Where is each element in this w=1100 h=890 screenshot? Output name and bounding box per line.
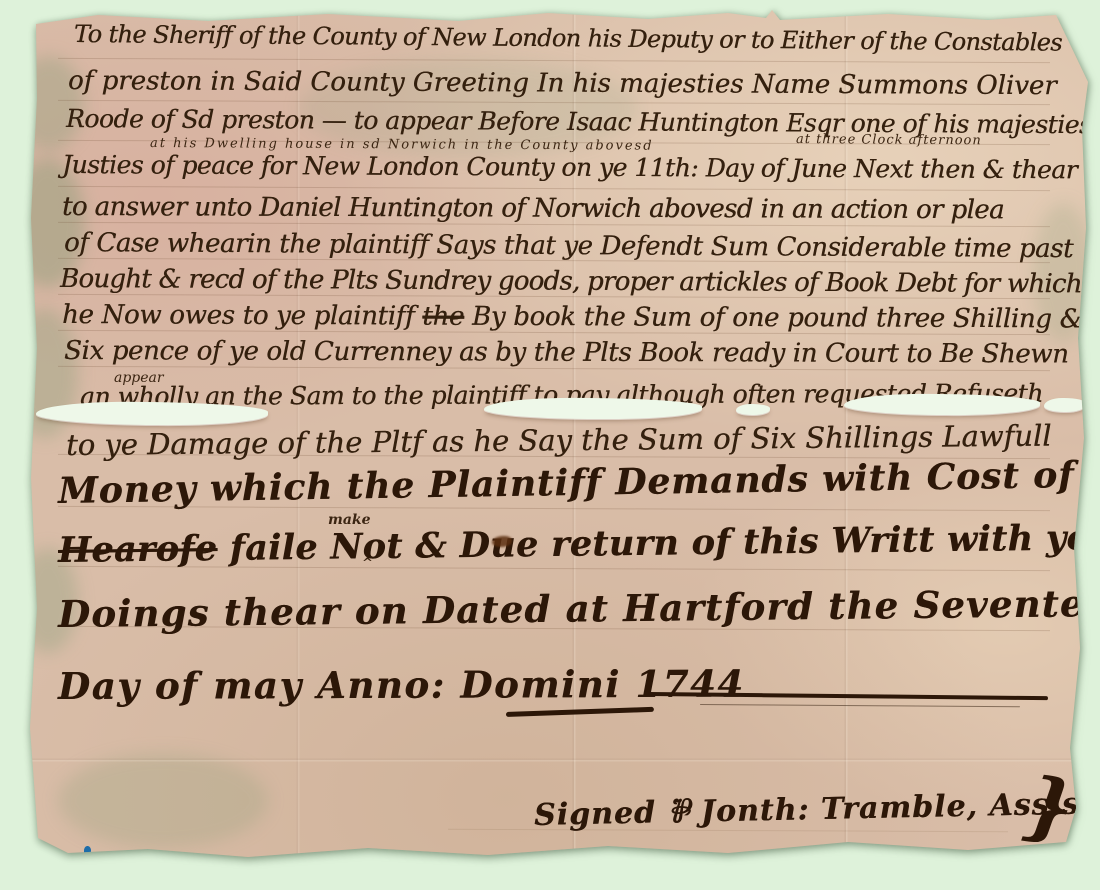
manuscript-line-04: Justies of peace for New London County o… <box>62 150 1077 184</box>
underline-flourish <box>506 707 654 717</box>
manuscript-line-11: to ye Damage of the Pltf as he Say the S… <box>66 419 1052 462</box>
scan-background: To the Sheriff of the County of New Lond… <box>0 0 1100 890</box>
paper-tear <box>1044 398 1086 412</box>
guide-line <box>58 186 1050 191</box>
ink-speck <box>906 854 909 857</box>
paper-tear <box>736 404 770 415</box>
manuscript-line-14: Doings thear on Dated at Hartford the Se… <box>58 580 1100 636</box>
signature-name: Jonth: Tramble, <box>700 789 978 830</box>
manuscript-line-06: of Case whearin the plaintiff Says that … <box>64 228 1073 264</box>
blue-ink-mark <box>84 846 91 856</box>
manuscript-line-07: Bought & recd of the Plts Sundrey goods,… <box>60 264 1082 299</box>
manuscript-line-08: he Now owes to ye plaintiff the By book … <box>62 300 1083 334</box>
manuscript-line-15: Day of may Anno: Domini 1744 <box>58 662 745 708</box>
line-08-text: By book the Sum of one pound three Shill… <box>464 302 1083 335</box>
per-sign: ⅌ <box>667 792 690 830</box>
ink-dash-echo <box>700 704 1020 707</box>
line-08-text: he Now owes to ye plaintiff <box>62 300 422 332</box>
stain <box>58 753 268 848</box>
paper-tear <box>36 401 268 426</box>
paper-tear <box>484 397 702 420</box>
manuscript-line-01: To the Sheriff of the County of New Lond… <box>74 20 1062 57</box>
manuscript-line-13: Hearofe faile Not & Due return of this W… <box>58 517 1100 571</box>
interlineation-three-oclock: at three Clock afternoon <box>796 132 982 148</box>
document-paper: To the Sheriff of the County of New Lond… <box>28 8 1090 866</box>
manuscript-line-12: Money which the Plaintiff Demands with C… <box>58 452 1100 512</box>
manuscript-line-02: of preston in Said County Greeting In hi… <box>68 66 1057 101</box>
manuscript-line-05: to answer unto Daniel Huntington of Norw… <box>62 192 1004 225</box>
guide-line <box>58 58 1050 63</box>
struck-word: the <box>422 302 464 332</box>
ink-speck <box>390 852 394 856</box>
signature-line: Signed ⅌ Jonth: Tramble, Assist: <box>534 780 1100 835</box>
signature-prefix: Signed <box>534 795 657 833</box>
paper-tear <box>844 393 1040 416</box>
fold-crease <box>28 758 1090 762</box>
paper-shadow-wrap: To the Sheriff of the County of New Lond… <box>0 0 1100 890</box>
signature-brace-flourish: } <box>1020 761 1079 853</box>
struck-word: Hearofe <box>58 528 218 571</box>
manuscript-line-09: Six pence of ye old Currenney as by the … <box>64 336 1069 370</box>
